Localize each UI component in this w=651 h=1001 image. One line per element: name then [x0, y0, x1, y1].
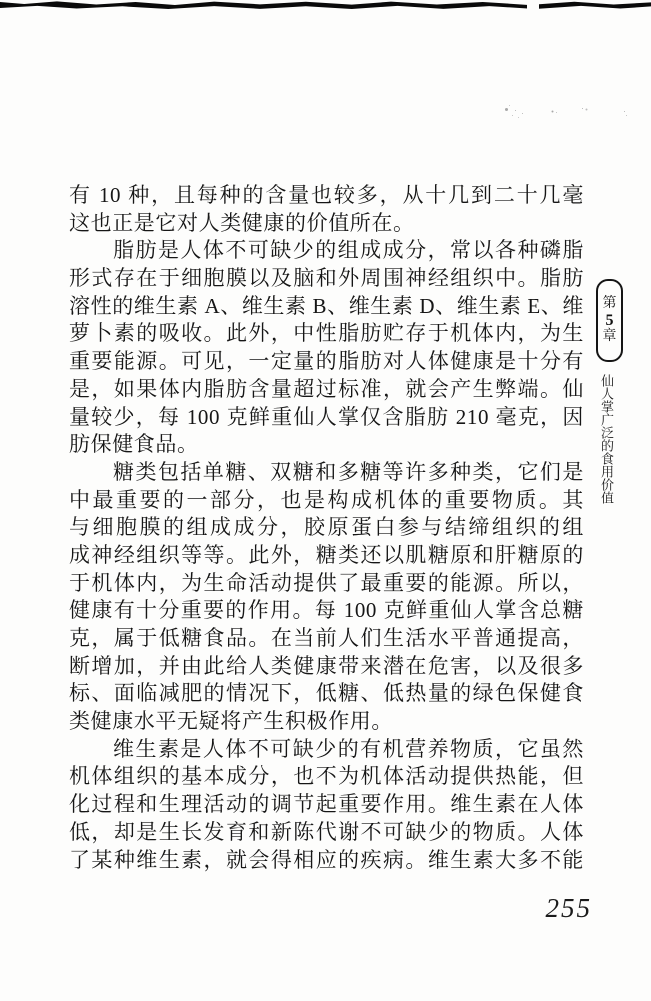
chapter-char-top: 第 — [603, 297, 617, 312]
body-line: 糖类包括单糖、双糖和多糖等许多种类，它们是碳水化合物 — [69, 459, 584, 487]
body-line: 低，却是生长发育和新陈代谢不可缺少的物质。人体如果缺少 — [69, 819, 584, 847]
scan-smudge-marks — [505, 108, 508, 111]
scanned-book-page: 有 10 种，且每种的含量也较多，从十几到二十几毫克/100 克， 这也正是它对… — [0, 0, 651, 1001]
body-line: 机体组织的基本成分，也不为机体活动提供热能，但却对人体生 — [69, 763, 584, 791]
body-line: 有 10 种，且每种的含量也较多，从十几到二十几毫克/100 克， — [69, 182, 584, 210]
body-line: 类健康水平无疑将产生积极作用。 — [69, 708, 584, 736]
body-line: 量较少，每 100 克鲜重仙人掌仅含脂肪 210 毫克，因而属于低脂 — [69, 404, 584, 432]
body-line: 是，如果体内脂肪含量超过标准，就会产生弊端。仙人掌脂肪含 — [69, 376, 584, 404]
body-line: 化过程和生理活动的调节起重要作用。维生素在人体内含量虽 — [69, 791, 584, 819]
body-line: 克，属于低糖食品。在当前人们生活水平普通提高，糖摄入量不 — [69, 625, 584, 653]
body-line: 溶性的维生素 A、维生素 B、维生素 D、维生素 E、维生素 V 和胡 — [69, 293, 584, 321]
body-line: 中最重要的一部分，也是构成机体的重要物质。其中，糖蛋白参 — [69, 487, 584, 515]
page-number: 255 — [546, 893, 593, 924]
body-line: 形式存在于细胞膜以及脑和外周围神经组织中。脂肪可促进脂 — [69, 265, 584, 293]
body-line: 标、面临减肥的情况下，低糖、低热量的绿色保健食品对提高人 — [69, 680, 584, 708]
body-line: 断增加，并由此给人类健康带来潜在危害，以及很多人体重超 — [69, 653, 584, 681]
chapter-char-bottom: 章 — [603, 330, 617, 345]
body-text: 有 10 种，且每种的含量也较多，从十几到二十几毫克/100 克， 这也正是它对… — [69, 182, 584, 874]
body-line: 脂肪是人体不可缺少的组成成分，常以各种磷脂和糖脂等 — [69, 237, 584, 265]
body-line: 肪保健食品。 — [69, 431, 584, 459]
body-line: 重要能源。可见，一定量的脂肪对人体健康是十分有益的。但 — [69, 348, 584, 376]
chapter-tab: 第 5 章 — [596, 279, 623, 362]
body-line: 于机体内，为生命活动提供了最重要的能源。所以，糖类对人体 — [69, 570, 584, 598]
body-line: 健康有十分重要的作用。每 100 克鲜重仙人掌含总糖 7100 毫 — [69, 597, 584, 625]
chapter-title-vertical: 仙人掌广泛的食用价值 — [600, 374, 613, 504]
body-line: 萝卜素的吸收。此外，中性脂肪贮存于机体内，为生命活动提供 — [69, 320, 584, 348]
chapter-number: 5 — [606, 313, 614, 329]
body-line: 这也正是它对人类健康的价值所在。 — [69, 210, 584, 238]
body-line: 成神经组织等等。此外，糖类还以肌糖原和肝糖原的形式贮存 — [69, 542, 584, 570]
body-line: 了某种维生素，就会得相应的疾病。维生素大多不能在体内合 — [69, 847, 584, 875]
scan-edge-artifact — [0, 0, 651, 9]
body-line: 与细胞膜的组成成分，胶原蛋白参与结缔组织的组成，糖参与组 — [69, 514, 584, 542]
body-line: 维生素是人体不可缺少的有机营养物质，它虽然不是构成 — [69, 736, 584, 764]
